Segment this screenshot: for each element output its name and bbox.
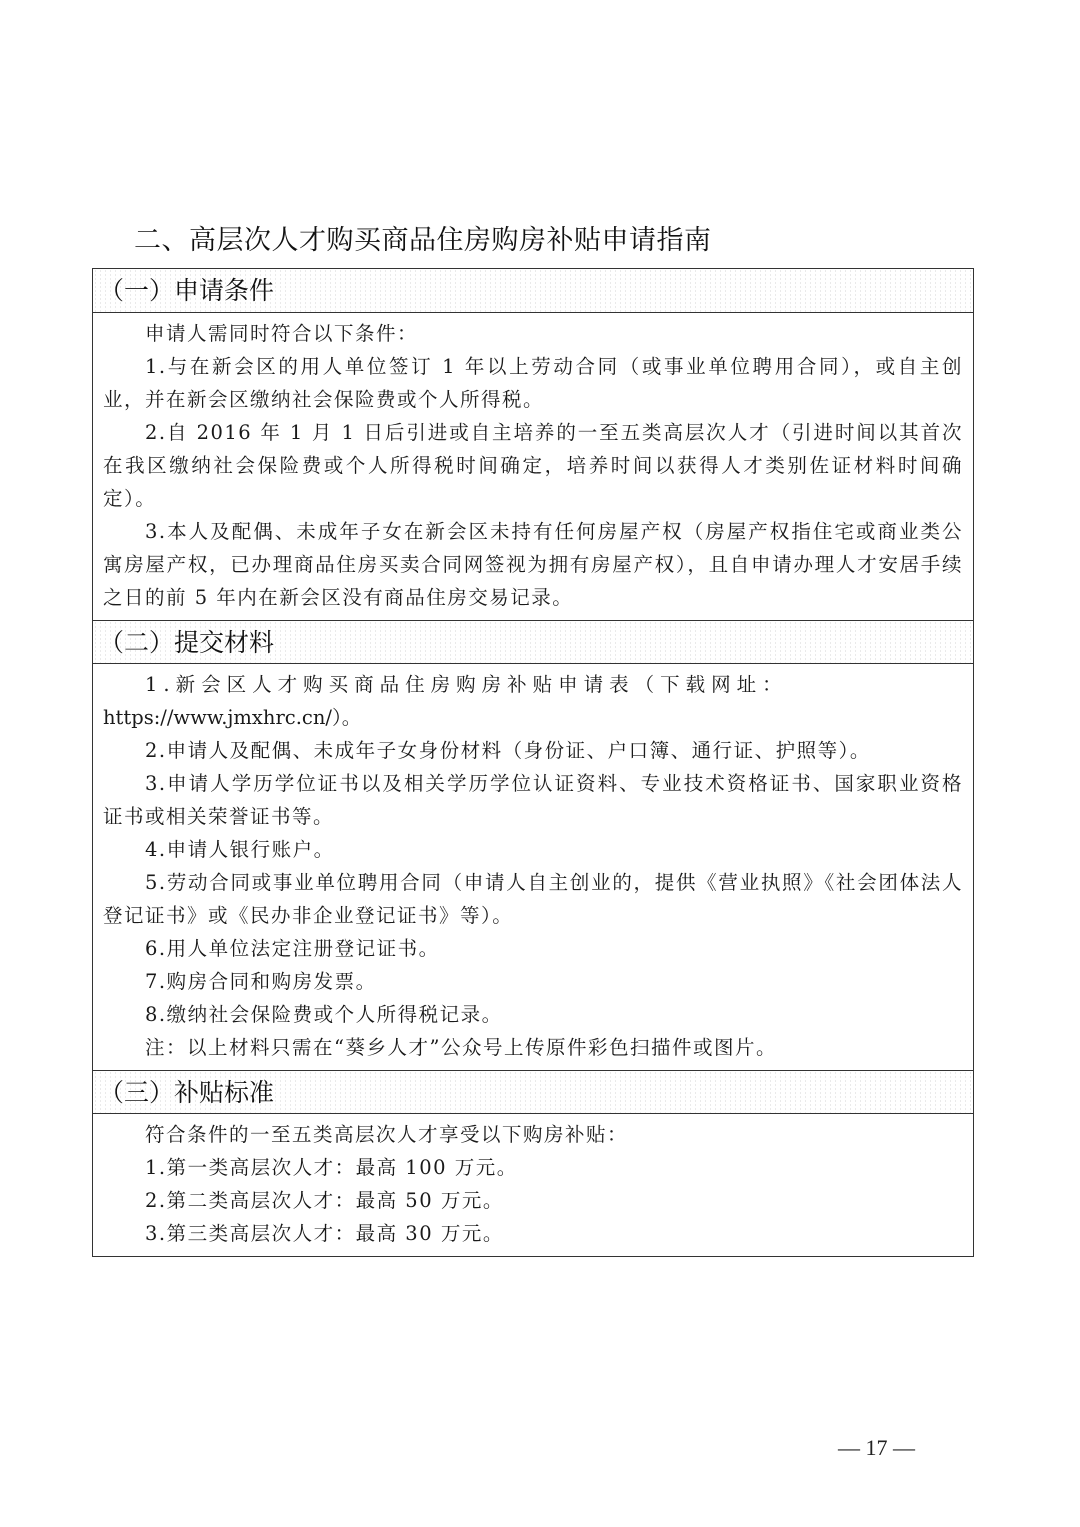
paragraph: 1.新会区人才购买商品住房购房补贴申请表（下载网址： xyxy=(103,668,963,701)
paragraph: 符合条件的一至五类高层次人才享受以下购房补贴： xyxy=(103,1118,963,1151)
note-paragraph: 注：以上材料只需在“葵乡人才”公众号上传原件彩色扫描件或图片。 xyxy=(103,1031,963,1064)
section-body-materials: 1.新会区人才购买商品住房购房补贴申请表（下载网址： https://www.j… xyxy=(93,664,973,1070)
guide-table: （一）申请条件 申请人需同时符合以下条件： 1.与在新会区的用人单位签订 1 年… xyxy=(92,268,974,1257)
download-url-link[interactable]: https://www.jmxhrc.cn/）。 xyxy=(103,701,963,734)
subsidy-item: 3.第三类高层次人才：最高 30 万元。 xyxy=(103,1217,963,1250)
section-body-conditions: 申请人需同时符合以下条件： 1.与在新会区的用人单位签订 1 年以上劳动合同（或… xyxy=(93,313,973,620)
paragraph: 4.申请人银行账户。 xyxy=(103,833,963,866)
section-heading-materials: （二）提交材料 xyxy=(93,620,973,664)
paragraph: 8.缴纳社会保险费或个人所得税记录。 xyxy=(103,998,963,1031)
paragraph: 2.申请人及配偶、未成年子女身份材料（身份证、户口簿、通行证、护照等）。 xyxy=(103,734,963,767)
paragraph: 3.本人及配偶、未成年子女在新会区未持有任何房屋产权（房屋产权指住宅或商业类公寓… xyxy=(103,515,963,614)
section-heading-subsidy: （三）补贴标准 xyxy=(93,1070,973,1114)
subsidy-item: 1.第一类高层次人才：最高 100 万元。 xyxy=(103,1151,963,1184)
paragraph: 1.与在新会区的用人单位签订 1 年以上劳动合同（或事业单位聘用合同），或自主创… xyxy=(103,350,963,416)
section-body-subsidy: 符合条件的一至五类高层次人才享受以下购房补贴： 1.第一类高层次人才：最高 10… xyxy=(93,1114,973,1256)
paragraph: 3.申请人学历学位证书以及相关学历学位认证资料、专业技术资格证书、国家职业资格证… xyxy=(103,767,963,833)
paragraph: 申请人需同时符合以下条件： xyxy=(103,317,963,350)
page-number: — 17 — xyxy=(838,1435,915,1461)
paragraph: 6.用人单位法定注册登记证书。 xyxy=(103,932,963,965)
document-title: 二、高层次人才购买商品住房购房补贴申请指南 xyxy=(134,218,712,257)
section-heading-conditions: （一）申请条件 xyxy=(93,269,973,313)
paragraph: 2.自 2016 年 1 月 1 日后引进或自主培养的一至五类高层次人才（引进时… xyxy=(103,416,963,515)
subsidy-item: 2.第二类高层次人才：最高 50 万元。 xyxy=(103,1184,963,1217)
paragraph: 7.购房合同和购房发票。 xyxy=(103,965,963,998)
paragraph: 5.劳动合同或事业单位聘用合同（申请人自主创业的，提供《营业执照》《社会团体法人… xyxy=(103,866,963,932)
